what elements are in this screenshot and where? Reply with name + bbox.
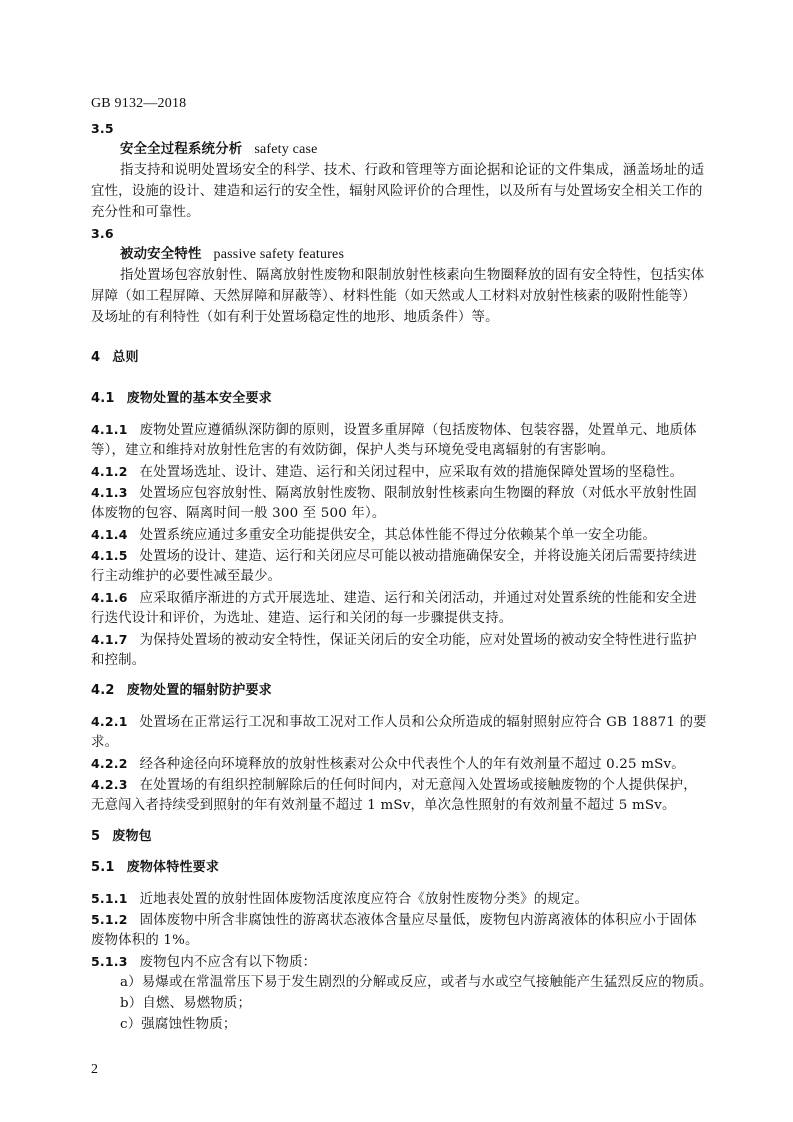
section-number: 4.1 bbox=[91, 391, 115, 406]
section-title: 废物包 bbox=[112, 829, 152, 844]
clause-number: 5.1.1 bbox=[91, 891, 128, 906]
clause-4-1-7-cont: 和控制。 bbox=[91, 650, 715, 671]
term-zh: 安全全过程系统分析 bbox=[120, 142, 242, 157]
clause-number: 4.1.5 bbox=[91, 548, 128, 563]
clause-4-1-5: 4.1.5处置场的设计、建造、运行和关闭应尽可能以被动措施确保安全，并将设施关闭… bbox=[91, 545, 715, 567]
section-heading-5: 5废物包 bbox=[91, 826, 715, 847]
clause-5-1-1: 5.1.1近地表处置的放射性固体废物活度浓度应符合《放射性废物分类》的规定。 bbox=[91, 888, 715, 910]
section-number: 5.1 bbox=[91, 860, 115, 875]
definition-line: 指处置场包容放射性、隔离放射性废物和限制放射性核素向生物圈释放的固有安全特性，包… bbox=[120, 265, 716, 286]
section-number: 4.2 bbox=[91, 683, 115, 698]
section-title: 废物处置的基本安全要求 bbox=[127, 391, 272, 406]
clause-text: 经各种途径向环境释放的放射性核素对公众中代表性个人的年有效剂量不超过 0.25 … bbox=[140, 757, 685, 772]
section-title: 废物处置的辐射防护要求 bbox=[127, 683, 272, 698]
clause-text: 处置场应包容放射性、隔离放射性废物、限制放射性核素向生物圈的释放（对低水平放射性… bbox=[140, 486, 697, 501]
section-heading-4: 4总则 bbox=[91, 347, 715, 368]
clause-number: 4.2.2 bbox=[91, 756, 128, 771]
standard-number-header: GB 9132—2018 bbox=[91, 93, 715, 114]
term-3-6: 被动安全特性passive safety features bbox=[120, 244, 716, 265]
clause-4-1-7: 4.1.7为保持处置场的被动安全特性，保证关闭后的安全功能，应对处置场的被动安全… bbox=[91, 629, 715, 651]
clause-4-1-4: 4.1.4处置系统应通过多重安全功能提供安全，其总体性能不得过分依赖某个单一安全… bbox=[91, 524, 715, 546]
section-title: 废物体特性要求 bbox=[127, 860, 219, 875]
term-en: passive safety features bbox=[214, 247, 345, 262]
clause-5-1-2: 5.1.2固体废物中所含非腐蚀性的游离状态液体含量应尽量低，废物包内游离液体的体… bbox=[91, 909, 715, 931]
section-number: 5 bbox=[91, 829, 100, 844]
definition-line: 充分性和可靠性。 bbox=[91, 202, 715, 223]
clause-4-1-3: 4.1.3处置场应包容放射性、隔离放射性废物、限制放射性核素向生物圈的释放（对低… bbox=[91, 482, 715, 504]
clause-number-3-5: 3.5 bbox=[91, 118, 715, 139]
clause-number: 4.2.3 bbox=[91, 777, 128, 792]
definition-line: 屏障（如工程屏障、天然屏障和屏蔽等）、材料性能（如天然或人工材料对放射性核素的吸… bbox=[91, 286, 715, 307]
page-number: 2 bbox=[91, 1062, 98, 1078]
term-en: safety case bbox=[254, 142, 317, 157]
clause-4-1-6-cont: 行迭代设计和评价，为选址、建造、运行和关闭的每一步骤提供支持。 bbox=[91, 608, 715, 629]
clause-number: 4.1.4 bbox=[91, 527, 128, 542]
section-heading-5-1: 5.1废物体特性要求 bbox=[91, 857, 715, 878]
clause-number: 4.1.1 bbox=[91, 422, 128, 437]
clause-text: 近地表处置的放射性固体废物活度浓度应符合《放射性废物分类》的规定。 bbox=[140, 892, 589, 907]
clause-4-2-1: 4.2.1处置场在正常运行工况和事故工况对工作人员和公众所造成的辐射照射应符合 … bbox=[91, 711, 715, 733]
definition-line: 指支持和说明处置场安全的科学、技术、行政和管理等方面论据和论证的文件集成，涵盖场… bbox=[120, 160, 716, 181]
clause-text: 处置场在正常运行工况和事故工况对工作人员和公众所造成的辐射照射应符合 GB 18… bbox=[140, 715, 707, 730]
list-item-a: a）易爆或在常温常压下易于发生剧烈的分解或反应，或者与水或空气接触能产生猛烈反应… bbox=[120, 972, 744, 993]
clause-4-2-1-cont: 求。 bbox=[91, 732, 715, 753]
clause-4-1-5-cont: 行主动维护的必要性减至最少。 bbox=[91, 566, 715, 587]
clause-text: 在处置场的有组织控制解除后的任何时间内，对无意闯入处置场或接触废物的个人提供保护… bbox=[140, 778, 697, 793]
clause-number: 5.1.2 bbox=[91, 912, 128, 927]
clause-5-1-2-cont: 废物体积的 1%。 bbox=[91, 930, 715, 951]
document-page: GB 9132—2018 3.5 安全全过程系统分析safety case 指支… bbox=[0, 0, 793, 1122]
term-zh: 被动安全特性 bbox=[120, 247, 202, 262]
section-number: 4 bbox=[91, 350, 100, 365]
clause-4-2-3: 4.2.3在处置场的有组织控制解除后的任何时间内，对无意闯入处置场或接触废物的个… bbox=[91, 774, 715, 796]
section-heading-4-2: 4.2废物处置的辐射防护要求 bbox=[91, 680, 715, 701]
clause-number: 4.1.3 bbox=[91, 485, 128, 500]
clause-number: 4.1.7 bbox=[91, 632, 128, 647]
list-item-c: c）强腐蚀性物质； bbox=[120, 1014, 744, 1035]
clause-number: 5.1.3 bbox=[91, 954, 128, 969]
section-heading-4-1: 4.1废物处置的基本安全要求 bbox=[91, 388, 715, 409]
list-item-b: b）自燃、易燃物质； bbox=[120, 993, 744, 1014]
clause-text: 废物包内不应含有以下物质： bbox=[140, 955, 317, 970]
clause-4-1-6: 4.1.6应采取循序渐进的方式开展选址、建造、运行和关闭活动，并通过对处置系统的… bbox=[91, 587, 715, 609]
section-title: 总则 bbox=[112, 350, 138, 365]
clause-4-1-1: 4.1.1废物处置应遵循纵深防御的原则，设置多重屏障（包括废物体、包装容器，处置… bbox=[91, 419, 715, 441]
term-3-5: 安全全过程系统分析safety case bbox=[120, 139, 716, 160]
clause-4-1-3-cont: 体废物的包容、隔离时间一般 300 至 500 年）。 bbox=[91, 503, 715, 524]
clause-4-2-2: 4.2.2经各种途径向环境释放的放射性核素对公众中代表性个人的年有效剂量不超过 … bbox=[91, 753, 715, 775]
clause-text: 应采取循序渐进的方式开展选址、建造、运行和关闭活动，并通过对处置系统的性能和安全… bbox=[140, 591, 697, 606]
clause-5-1-3: 5.1.3废物包内不应含有以下物质： bbox=[91, 951, 715, 973]
definition-line: 宜性，设施的设计、建造和运行的安全性，辐射风险评价的合理性，以及所有与处置场安全… bbox=[91, 181, 715, 202]
clause-text: 废物处置应遵循纵深防御的原则，设置多重屏障（包括废物体、包装容器，处置单元、地质… bbox=[140, 423, 697, 438]
clause-4-1-1-cont: 等），建立和维持对放射性危害的有效防御，保护人类与环境免受电离辐射的有害影响。 bbox=[91, 440, 715, 461]
clause-number: 4.2.1 bbox=[91, 714, 128, 729]
clause-text: 为保持处置场的被动安全特性，保证关闭后的安全功能，应对处置场的被动安全特性进行监… bbox=[140, 633, 697, 648]
clause-4-1-2: 4.1.2在处置场选址、设计、建造、运行和关闭过程中，应采取有效的措施保障处置场… bbox=[91, 461, 715, 483]
clause-text: 在处置场选址、设计、建造、运行和关闭过程中，应采取有效的措施保障处置场的坚稳性。 bbox=[140, 465, 684, 480]
clause-number-3-6: 3.6 bbox=[91, 223, 715, 244]
clause-text: 处置系统应通过多重安全功能提供安全，其总体性能不得过分依赖某个单一安全功能。 bbox=[140, 528, 656, 543]
clause-4-2-3-cont: 无意闯入者持续受到照射的年有效剂量不超过 1 mSv，单次急性照射的有效剂量不超… bbox=[91, 795, 715, 816]
clause-number: 4.1.6 bbox=[91, 590, 128, 605]
definition-line: 及场址的有利特性（如有利于处置场稳定性的地形、地质条件）等。 bbox=[91, 307, 715, 328]
clause-text: 固体废物中所含非腐蚀性的游离状态液体含量应尽量低，废物包内游离液体的体积应小于固… bbox=[140, 913, 697, 928]
clause-text: 处置场的设计、建造、运行和关闭应尽可能以被动措施确保安全，并将设施关闭后需要持续… bbox=[140, 549, 697, 564]
clause-number: 4.1.2 bbox=[91, 464, 128, 479]
